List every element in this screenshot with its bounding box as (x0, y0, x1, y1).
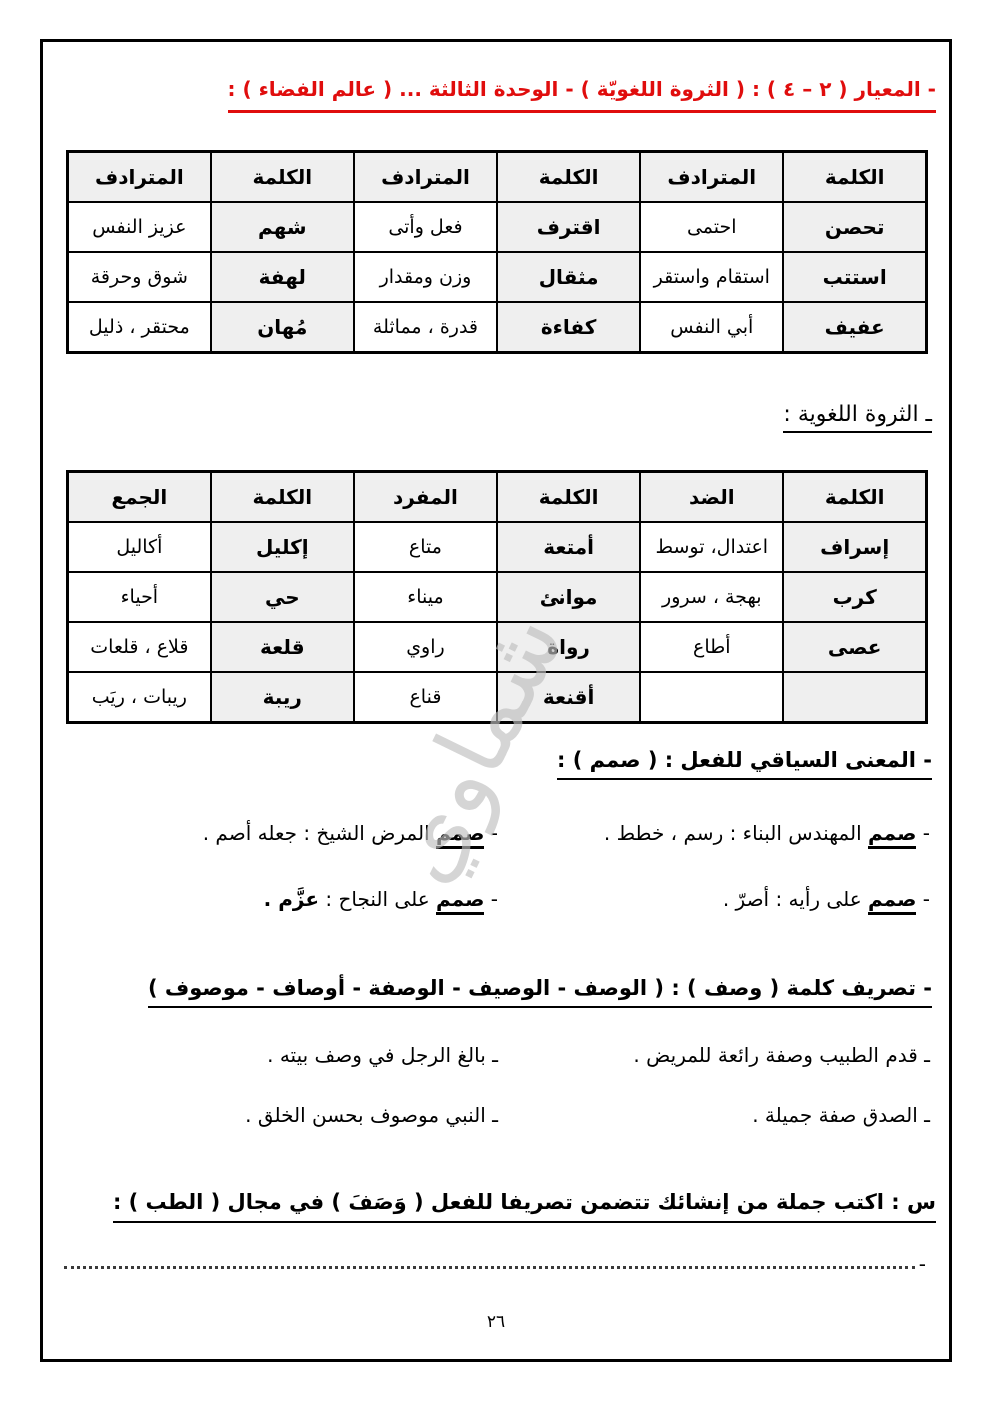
example-sentence: ـ الصدق صفة جميلة . (498, 1100, 930, 1130)
page-number: ٢٦ (0, 1312, 992, 1332)
plural-cell: ريبات ، ريَب (68, 672, 211, 723)
synonym-cell: فعل وأتى (354, 202, 497, 252)
word-cell: مثقال (497, 252, 640, 302)
example-sentence: - صمم على النجاح : عزَّم . (66, 884, 498, 914)
table-row: عصى أطاع رواة راوي قلعة قلاع ، قلعات (68, 622, 927, 672)
table-header-row: الكلمة الضد الكلمة المفرد الكلمة الجمع (68, 472, 927, 523)
word-cell: ريبة (211, 672, 354, 723)
synonym-cell: محتقر ، ذليل (68, 302, 211, 353)
word-cell: مُهان (211, 302, 354, 353)
answer-dash: - (919, 1252, 926, 1276)
underlined-verb: صمم (436, 887, 484, 915)
table-row: عفيف أبي النفس كفاءة قدرة ، مماثلة مُهان… (68, 302, 927, 353)
column-header: الكلمة (211, 152, 354, 203)
example-sentence: - صمم المرض الشيخ : جعله أصم . (66, 818, 498, 848)
table-row: أقنعة قناع ريبة ريبات ، ريَب (68, 672, 927, 723)
underlined-verb: صمم (436, 821, 484, 849)
antonym-cell: بهجة ، سرور (640, 572, 783, 622)
word-cell: شهم (211, 202, 354, 252)
antonym-cell: اعتدال، توسط (640, 522, 783, 572)
table-row: كرب بهجة ، سرور موانئ ميناء حي أحياء (68, 572, 927, 622)
synonym-cell: احتمى (640, 202, 783, 252)
word-cell: حي (211, 572, 354, 622)
column-header: المفرد (354, 472, 497, 523)
word-cell: تحصن (783, 202, 926, 252)
column-header: الضد (640, 472, 783, 523)
synonym-cell: عزيز النفس (68, 202, 211, 252)
singular-cell: قناع (354, 672, 497, 723)
word-cell: عصى (783, 622, 926, 672)
word-cell: إكليل (211, 522, 354, 572)
example-sentence: ـ قدم الطبيب وصفة رائعة للمريض . (498, 1040, 930, 1070)
conjugation-heading: - تصريف كلمة ( وصف ) : ( الوصف - الوصيف … (148, 976, 932, 1008)
exercise-question: س : اكتب جملة من إنشائك تتضمن تصريفا للف… (113, 1190, 936, 1223)
answer-line: - (64, 1252, 926, 1276)
contextual-meaning-examples: - صمم المهندس البناء : رسم ، خطط . - صمم… (66, 818, 930, 914)
plural-cell: أحياء (68, 572, 211, 622)
example-sentence: ـ النبي موصوف بحسن الخلق . (66, 1100, 498, 1130)
synonym-cell: وزن ومقدار (354, 252, 497, 302)
word-cell: أقنعة (497, 672, 640, 723)
word-cell: استتب (783, 252, 926, 302)
dotted-answer-rule (64, 1252, 915, 1269)
word-cell: قلعة (211, 622, 354, 672)
page-title: - المعيار ( ٢ – ٤ ) : ( الثروة اللغويّة … (228, 76, 937, 113)
synonym-cell: شوق وحرقة (68, 252, 211, 302)
contextual-meaning-heading: - المعنى السياقي للفعل : ( صمم ) : (557, 748, 932, 780)
word-cell (783, 672, 926, 723)
column-header: الكلمة (497, 152, 640, 203)
underlined-verb: صمم (868, 821, 916, 849)
word-cell: موانئ (497, 572, 640, 622)
column-header: الكلمة (783, 152, 926, 203)
singular-cell: راوي (354, 622, 497, 672)
word-cell: أمتعة (497, 522, 640, 572)
column-header: المترادف (354, 152, 497, 203)
word-cell: اقترف (497, 202, 640, 252)
example-sentence: ـ بالغ الرجل في وصف بيته . (66, 1040, 498, 1070)
synonym-cell: استقام واستقر (640, 252, 783, 302)
synonym-cell: قدرة ، مماثلة (354, 302, 497, 353)
word-cell: رواة (497, 622, 640, 672)
underlined-verb: صمم (868, 887, 916, 915)
vocab-table: الكلمة الضد الكلمة المفرد الكلمة الجمع إ… (66, 470, 928, 724)
example-sentence: - صمم على رأيه : أصرّ . (498, 884, 930, 914)
table-row: استتب استقام واستقر مثقال وزن ومقدار لهف… (68, 252, 927, 302)
synonyms-table: الكلمة المترادف الكلمة المترادف الكلمة ا… (66, 150, 928, 354)
example-sentence: - صمم المهندس البناء : رسم ، خطط . (498, 818, 930, 848)
table-row: تحصن احتمى اقترف فعل وأتى شهم عزيز النفس (68, 202, 927, 252)
synonym-cell: أبي النفس (640, 302, 783, 353)
conjugation-examples: ـ قدم الطبيب وصفة رائعة للمريض . ـ بالغ … (66, 1040, 930, 1130)
word-cell: كفاءة (497, 302, 640, 353)
worksheet-page: - المعيار ( ٢ – ٤ ) : ( الثروة اللغويّة … (0, 0, 992, 1403)
plural-cell: أكاليل (68, 522, 211, 572)
singular-cell: متاع (354, 522, 497, 572)
word-cell: عفيف (783, 302, 926, 353)
plural-cell: قلاع ، قلعات (68, 622, 211, 672)
antonym-cell: أطاع (640, 622, 783, 672)
column-header: الكلمة (211, 472, 354, 523)
column-header: المترادف (68, 152, 211, 203)
column-header: المترادف (640, 152, 783, 203)
word-cell: كرب (783, 572, 926, 622)
column-header: الكلمة (497, 472, 640, 523)
word-cell: لهفة (211, 252, 354, 302)
antonym-cell (640, 672, 783, 723)
vocab-section-heading: ـ الثروة اللغوية : (783, 402, 932, 433)
column-header: الجمع (68, 472, 211, 523)
table-row: إسراف اعتدال، توسط أمتعة متاع إكليل أكال… (68, 522, 927, 572)
table-header-row: الكلمة المترادف الكلمة المترادف الكلمة ا… (68, 152, 927, 203)
column-header: الكلمة (783, 472, 926, 523)
word-cell: إسراف (783, 522, 926, 572)
singular-cell: ميناء (354, 572, 497, 622)
